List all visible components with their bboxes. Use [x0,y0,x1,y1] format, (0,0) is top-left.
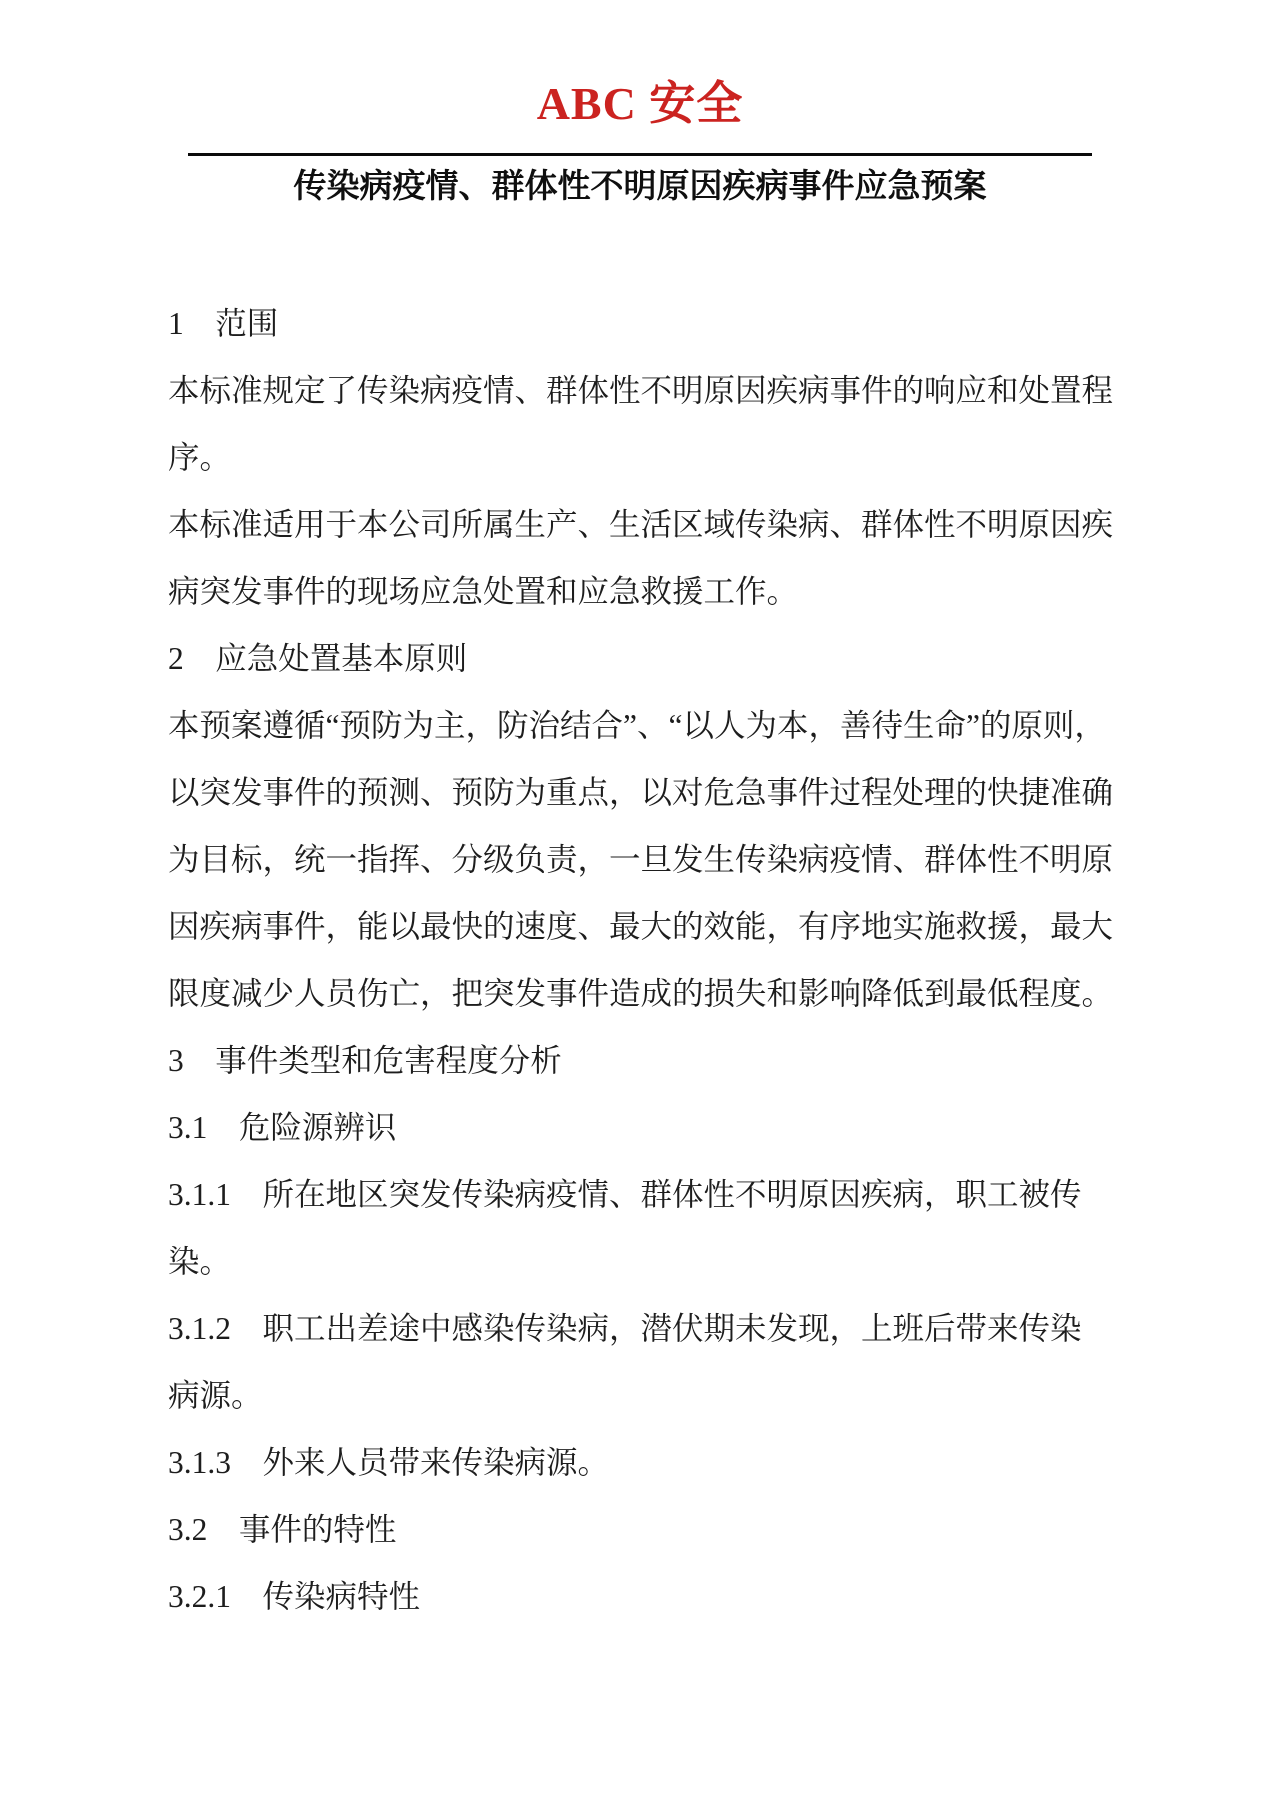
paragraph-line: 序。 [168,424,1118,491]
section-heading-2: 2 应急处置基本原则 [168,625,1118,692]
section-heading-3: 3 事件类型和危害程度分析 [168,1027,1118,1094]
section-heading-1: 1 范围 [168,290,1118,357]
paragraph-line: 3.1.2 职工出差途中感染传染病，潜伏期未发现，上班后带来传染 [168,1295,1118,1362]
paragraph-line: 病突发事件的现场应急处置和应急救援工作。 [168,558,1118,625]
paragraph-line: 3.1.1 所在地区突发传染病疫情、群体性不明原因疾病，职工被传 [168,1161,1118,1228]
paragraph-line: 本标准规定了传染病疫情、群体性不明原因疾病事件的响应和处置程 [168,357,1118,424]
paragraph-line: 本标准适用于本公司所属生产、生活区域传染病、群体性不明原因疾 [168,491,1118,558]
document-page: ABC 安全 传染病疫情、群体性不明原因疾病事件应急预案 1 范围 本标准规定了… [0,0,1280,1810]
document-title: 传染病疫情、群体性不明原因疾病事件应急预案 [0,166,1280,206]
paragraph-line: 因疾病事件，能以最快的速度、最大的效能，有序地实施救援，最大 [168,893,1118,960]
paragraph-line: 本预案遵循“预防为主，防治结合”、“以人为本，善待生命”的原则， [168,692,1118,759]
section-heading-3-2-1: 3.2.1 传染病特性 [168,1563,1118,1630]
section-heading-3-1: 3.1 危险源辨识 [168,1094,1118,1161]
paragraph-line: 染。 [168,1228,1118,1295]
header-rule [188,153,1092,156]
section-heading-3-1-3: 3.1.3 外来人员带来传染病源。 [168,1429,1118,1496]
paragraph-line: 限度减少人员伤亡，把突发事件造成的损失和影响降低到最低程度。 [168,960,1118,1027]
brand-logo-text: ABC 安全 [0,76,1280,131]
document-body: 1 范围 本标准规定了传染病疫情、群体性不明原因疾病事件的响应和处置程 序。 本… [168,290,1118,1630]
section-heading-3-2: 3.2 事件的特性 [168,1496,1118,1563]
paragraph-line: 病源。 [168,1362,1118,1429]
paragraph-line: 为目标，统一指挥、分级负责，一旦发生传染病疫情、群体性不明原 [168,826,1118,893]
paragraph-line: 以突发事件的预测、预防为重点，以对危急事件过程处理的快捷准确 [168,759,1118,826]
